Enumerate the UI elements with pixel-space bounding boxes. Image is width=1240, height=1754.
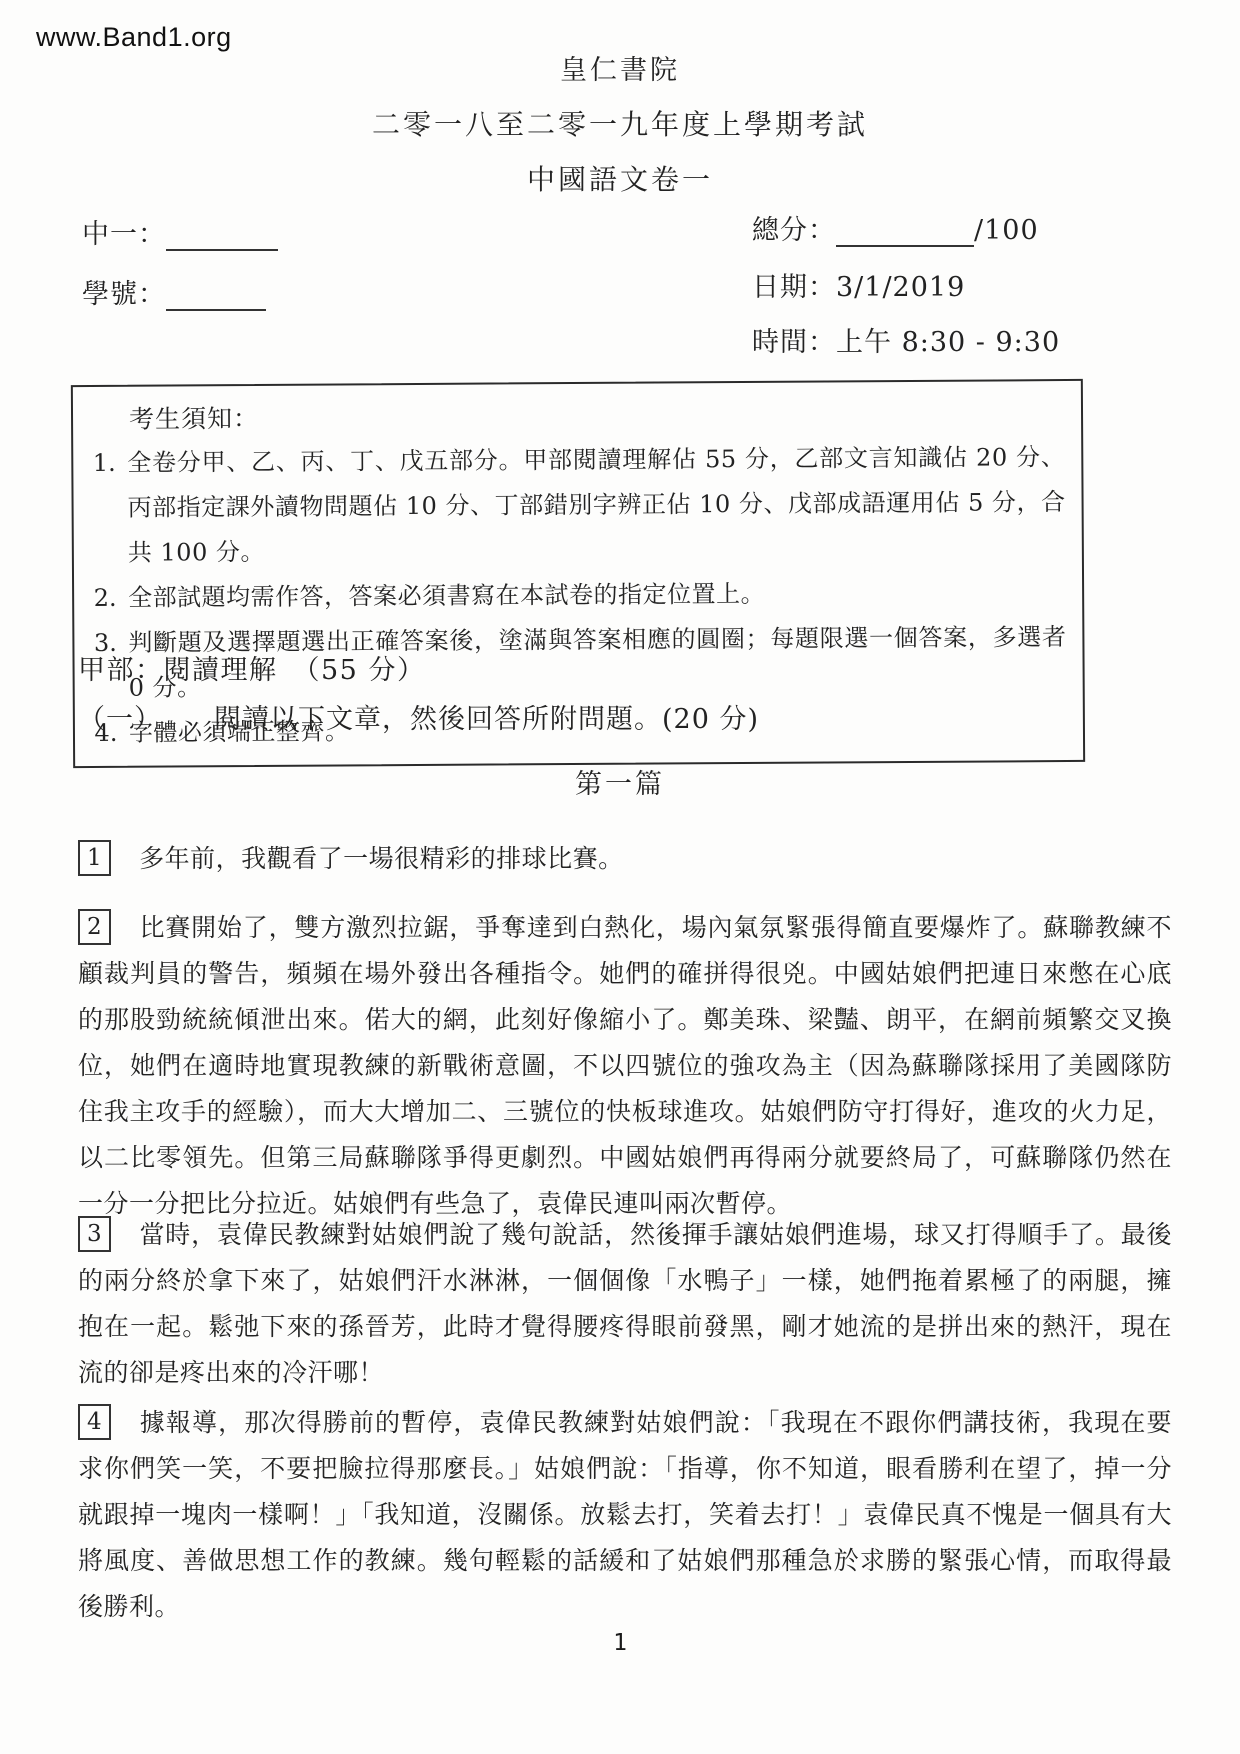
total-score-blank (836, 219, 974, 247)
student-number-label: 學號： (82, 279, 166, 310)
class-field-blank (166, 223, 278, 251)
notice-item: 1. 全卷分甲、乙、丙、丁、戊五部分。甲部閱讀理解佔 55 分，乙部文言知識佔 … (81, 435, 1066, 576)
date-label: 日期： (752, 272, 836, 303)
paragraph-text: 據報導，那次得勝前的暫停，袁偉民教練對姑娘們說：「我現在不跟你們講技術，我現在要… (78, 1408, 1172, 1621)
student-number-field: 學號： (82, 272, 266, 311)
class-field-label: 中一： (82, 219, 166, 250)
total-score-label: 總分： (752, 215, 836, 246)
time-label: 時間： (752, 327, 836, 358)
paragraph-text: 多年前，我觀看了一場很精彩的排球比賽。 (139, 844, 624, 873)
notice-item-text: 全卷分甲、乙、丙、丁、戊五部分。甲部閱讀理解佔 55 分，乙部文言知識佔 20 … (127, 435, 1066, 576)
exam-paper-page: www.Band1.org 皇仁書院 二零一八至二零一九年度上學期考試 中國語文… (0, 0, 1240, 1754)
paragraph-2: 2比賽開始了，雙方激烈拉鋸，爭奪達到白熱化，場內氣氛緊張得簡直要爆炸了。蘇聯教練… (78, 905, 1172, 1227)
notice-title: 考生須知： (129, 393, 1065, 441)
class-field: 中一： (82, 212, 278, 251)
subpart-heading: （一）閱讀以下文章，然後回答所附問題。(20 分) (78, 697, 759, 736)
student-number-blank (166, 283, 266, 311)
date-field: 日期：3/1/2019 (752, 265, 965, 304)
paragraph-1: 1多年前，我觀看了一場很精彩的排球比賽。 (78, 836, 1172, 882)
total-score-max: /100 (974, 215, 1039, 246)
paragraph-3: 3當時，袁偉民教練對姑娘們說了幾句說話，然後揮手讓姑娘們進場，球又打得順手了。最… (78, 1212, 1172, 1396)
notice-item-number: 1. (81, 441, 127, 486)
total-score-field: 總分：/100 (752, 208, 1039, 247)
school-name: 皇仁書院 (0, 48, 1240, 87)
paragraph-4: 4據報導，那次得勝前的暫停，袁偉民教練對姑娘們說：「我現在不跟你們講技術，我現在… (78, 1400, 1172, 1630)
time-value: 上午 8:30 - 9:30 (836, 327, 1060, 358)
page-number: 1 (0, 1630, 1240, 1656)
subpart-number: （一） (78, 704, 162, 735)
paragraph-text: 當時，袁偉民教練對姑娘們說了幾句說話，然後揮手讓姑娘們進場，球又打得順手了。最後… (78, 1220, 1172, 1387)
notice-item: 2. 全部試題均需作答，答案必須書寫在本試卷的指定位置上。 (82, 570, 1066, 621)
passage-title: 第一篇 (0, 762, 1240, 801)
paragraph-number-box: 3 (78, 1216, 111, 1252)
notice-item-number: 2. (82, 576, 128, 621)
exam-title: 二零一八至二零一九年度上學期考試 (0, 103, 1240, 143)
date-value: 3/1/2019 (836, 272, 965, 303)
paragraph-number-box: 4 (78, 1404, 111, 1440)
part-a-heading: 甲部：閱讀理解 （55 分） (78, 648, 425, 687)
paragraph-number-box: 2 (78, 909, 111, 945)
paper-title: 中國語文卷一 (0, 158, 1240, 198)
paragraph-text: 比賽開始了，雙方激烈拉鋸，爭奪達到白熱化，場內氣氛緊張得簡直要爆炸了。蘇聯教練不… (78, 913, 1172, 1218)
subpart-instruction: 閱讀以下文章，然後回答所附問題。(20 分) (214, 704, 759, 735)
paragraph-number-box: 1 (78, 840, 111, 876)
time-field: 時間：上午 8:30 - 9:30 (752, 320, 1060, 359)
notice-item-text: 全部試題均需作答，答案必須書寫在本試卷的指定位置上。 (128, 570, 1066, 621)
